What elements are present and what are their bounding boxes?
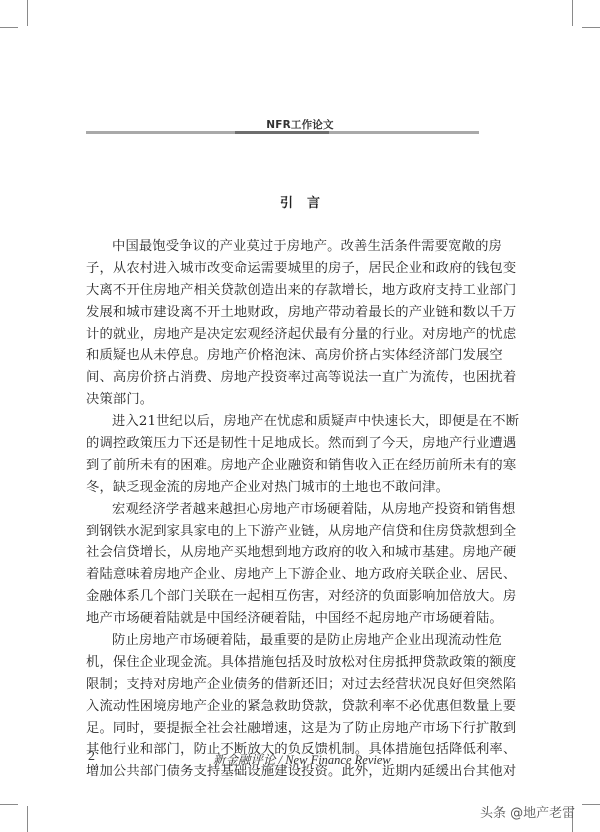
text-line: 机，保住企业现金流。具体措施包括及时放松对住房抵押贷款政策的额度 xyxy=(86,652,480,674)
watermark: 头条 @地产老雷 xyxy=(480,802,575,821)
page-number: 2 xyxy=(88,749,95,765)
text-line: 足。同时，要提振全社会社融增速，这是为了防止房地产市场下行扩散到 xyxy=(86,718,480,740)
body-text: 中国最饱受争议的产业莫过于房地产。改善生活条件需要宽敞的房 子，从农村进入城市改… xyxy=(86,236,480,783)
paragraph-3: 宏观经济学者越来越担心房地产市场硬着陆，从房地产投资和销售想 到钢铁水泥到家具家… xyxy=(86,499,480,630)
text-line: 计的就业，房地产是决定宏观经济起伏最有分量的行业。对房地产的忧虑 xyxy=(86,324,480,346)
text-line: 地产市场硬着陆就是中国经济硬着陆，中国经不起房地产市场硬着陆。 xyxy=(86,608,480,630)
running-head: NFR工作论文 xyxy=(0,117,600,132)
text-line: 决策部门。 xyxy=(86,389,480,411)
text-line: 间、高房价挤占消费、房地产投资率过高等说法一直广为流传，也困扰着 xyxy=(86,367,480,389)
crop-mark-top-left xyxy=(0,27,18,28)
header-rule-accent xyxy=(235,131,329,134)
text-line: 限制；支持对房地产企业债务的借新还旧；对过去经营状况良好但突然陷 xyxy=(86,674,480,696)
text-line: 中国最饱受争议的产业莫过于房地产。改善生活条件需要宽敞的房 xyxy=(86,236,480,258)
journal-name: 新金融评论 / New Finance Review xyxy=(213,750,391,768)
text-line: 防止房地产市场硬着陆，最重要的是防止房地产企业出现流动性危 xyxy=(86,630,480,652)
text-line: 发展和城市建设离不开土地财政，房地产带动着最长的产业链和数以千万 xyxy=(86,302,480,324)
text-line: 着陆意味着房地产企业、房地产上下游企业、地方政府关联企业、居民、 xyxy=(86,564,480,586)
text-line: 到了前所未有的困难。房地产企业融资和销售收入正在经历前所未有的寒 xyxy=(86,455,480,477)
text-line: 进入21世纪以后，房地产在忧虑和质疑声中快速长大，即便是在不断 xyxy=(86,411,480,433)
text-line: 社会信贷增长，从房地产买地想到地方政府的收入和城市基建。房地产硬 xyxy=(86,542,480,564)
crop-mark-bottom-left xyxy=(0,804,18,805)
text-line: 的调控政策压力下还是韧性十足地成长。然而到了今天，房地产行业遭遇 xyxy=(86,433,480,455)
text-line: 和质疑也从未停息。房地产价格泡沫、高房价挤占实体经济部门发展空 xyxy=(86,345,480,367)
text-line: 子，从农村进入城市改变命运需要城里的房子，居民企业和政府的钱包变 xyxy=(86,258,480,280)
crop-mark-top-right xyxy=(572,0,573,26)
text-line: 大离不开住房地产相关贷款创造出来的存款增长，地方政府支持工业部门 xyxy=(86,280,480,302)
crop-mark-top-right xyxy=(582,27,600,28)
paragraph-2: 进入21世纪以后，房地产在忧虑和质疑声中快速长大，即便是在不断 的调控政策压力下… xyxy=(86,411,480,499)
text-line: 到钢铁水泥到家具家电的上下游产业链，从房地产信贷和住房贷款想到全 xyxy=(86,521,480,543)
text-line: 入流动性困境房地产企业的紧急救助贷款，贷款利率不必优惠但数量上要 xyxy=(86,696,480,718)
text-line: 冬，缺乏现金流的房地产企业对热门城市的土地也不敢问津。 xyxy=(86,477,480,499)
crop-mark-bottom-left xyxy=(27,806,28,832)
crop-mark-bottom-right xyxy=(582,804,600,805)
section-title: 引言 xyxy=(0,192,600,211)
paragraph-1: 中国最饱受争议的产业莫过于房地产。改善生活条件需要宽敞的房 子，从农村进入城市改… xyxy=(86,236,480,411)
text-line: 宏观经济学者越来越担心房地产市场硬着陆，从房地产投资和销售想 xyxy=(86,499,480,521)
text-line: 金融体系几个部门关联在一起相互伤害，对经济的负面影响加倍放大。房 xyxy=(86,586,480,608)
crop-mark-top-left xyxy=(27,0,28,26)
header-rule xyxy=(86,131,479,134)
